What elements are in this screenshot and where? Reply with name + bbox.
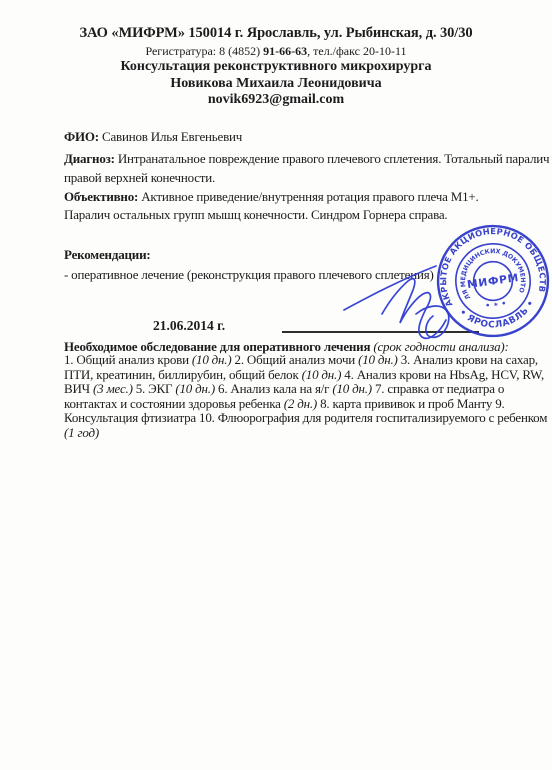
checklist-text: ПТИ, креатинин, биллирубин, общий белок: [64, 367, 302, 382]
letterhead-doctor-name: Новикова Михаила Леонидовича: [0, 76, 552, 92]
letterhead-email: novik6923@gmail.com: [0, 92, 552, 108]
diagnosis-line-1: Диагноз: Интранатальное повреждение прав…: [64, 151, 549, 167]
validity-period-italic: (10 дн.): [302, 367, 342, 382]
signature-main-stroke: [382, 279, 446, 339]
checklist-text: 2. Общий анализ мочи: [231, 352, 358, 367]
checklist-lines: 1. Общий анализ крови (10 дн.) 2. Общий …: [64, 353, 518, 441]
recommendations-label: Рекомендации:: [64, 247, 151, 263]
checklist-text: 4. Анализ крови на HbsAg, HCV, RW,: [341, 367, 544, 382]
checklist-text: 1. Общий анализ крови: [64, 352, 192, 367]
letterhead-org-address: ЗАО «МИФРМ» 150014 г. Ярославль, ул. Рыб…: [0, 25, 552, 42]
fio-label: ФИО:: [64, 129, 99, 144]
phone-suffix: , тел./факс 20-10-11: [307, 44, 406, 58]
patient-fio-line: ФИО: Савинов Илья Евгеньевич: [64, 129, 242, 145]
signature-strokes: [344, 266, 449, 338]
signature-flourish-stroke: [344, 266, 436, 310]
objective-label: Объективно:: [64, 189, 138, 204]
letterhead-phone-line: Регистратура: 8 (4852) 91-66-63, тел./фа…: [0, 44, 552, 59]
checklist-text: 6. Анализ кала на я/г: [215, 381, 332, 396]
handwritten-signature: [332, 252, 552, 350]
validity-period-italic: (10 дн.): [192, 352, 232, 367]
objective-line-2: Паралич остальных групп мышц конечности.…: [64, 207, 447, 223]
checklist-line: ВИЧ (3 мес.) 5. ЭКГ (10 дн.) 6. Анализ к…: [64, 382, 518, 397]
objective-text-1: Активное приведение/внутренняя ротация п…: [141, 189, 478, 204]
checklist-text: 3. Анализ крови на сахар,: [398, 352, 538, 367]
diagnosis-line-2: правой верхней конечности.: [64, 170, 215, 186]
checklist-text: ВИЧ: [64, 381, 93, 396]
checklist-text: 8. карта прививок и проб Манту 9.: [317, 396, 504, 411]
validity-period-italic: (3 мес.): [93, 381, 133, 396]
checklist-text: 7. справка от педиатра о: [372, 381, 504, 396]
scanned-medical-consultation-document: ЗАО «МИФРМ» 150014 г. Ярославль, ул. Рыб…: [0, 0, 552, 770]
validity-period-italic: (1 год): [64, 425, 99, 440]
checklist-line: (1 год): [64, 426, 518, 441]
checklist-line: ПТИ, креатинин, биллирубин, общий белок …: [64, 368, 518, 383]
validity-period-italic: (10 дн.): [175, 381, 215, 396]
checklist-line: контактах и состоянии здоровья ребенка (…: [64, 397, 518, 412]
validity-period-italic: (10 дн.): [358, 352, 398, 367]
checklist-line: Консультация фтизиатра 10. Флюорография …: [64, 411, 518, 426]
phone-number: 91-66-63: [263, 44, 307, 58]
checklist-line: 1. Общий анализ крови (10 дн.) 2. Общий …: [64, 353, 518, 368]
validity-period-italic: (10 дн.): [332, 381, 372, 396]
letterhead-consultation-title: Консультация реконструктивного микрохиру…: [0, 59, 552, 75]
checklist-text: контактах и состоянии здоровья ребенка: [64, 396, 284, 411]
phone-prefix: Регистратура: 8 (4852): [145, 44, 263, 58]
diagnosis-label: Диагноз:: [64, 151, 115, 166]
document-date: 21.06.2014 г.: [153, 318, 225, 334]
diagnosis-text-1: Интранатальное повреждение правого плече…: [118, 151, 549, 166]
validity-period-italic: (2 дн.): [284, 396, 317, 411]
checklist-text: 5. ЭКГ: [133, 381, 176, 396]
checklist-text: Консультация фтизиатра 10. Флюорография …: [64, 410, 547, 425]
fio-value: Савинов Илья Евгеньевич: [102, 129, 242, 144]
objective-line-1: Объективно: Активное приведение/внутренн…: [64, 189, 479, 205]
